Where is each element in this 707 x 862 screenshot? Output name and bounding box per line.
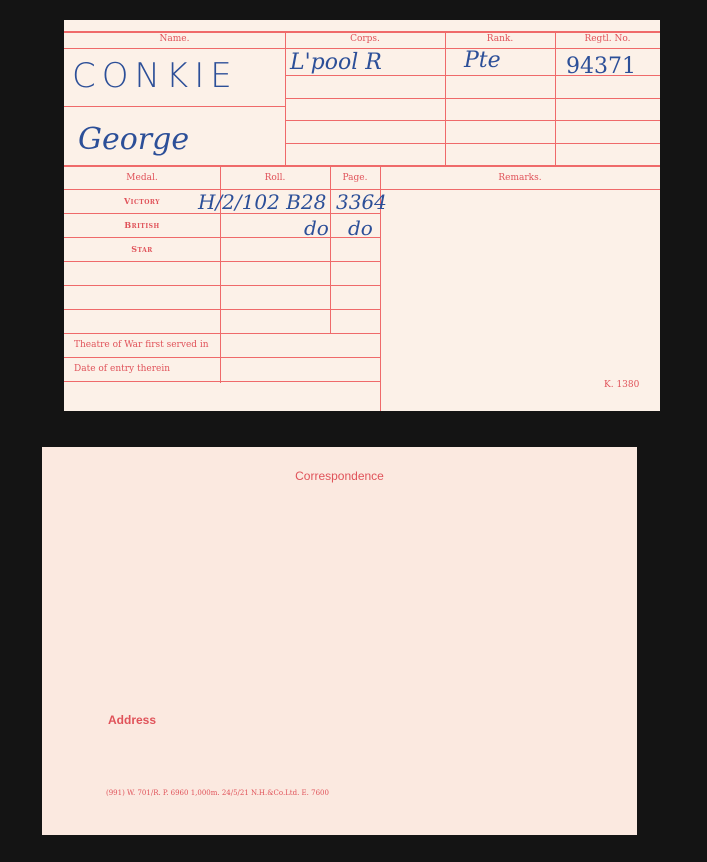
rule-section-divider (64, 165, 660, 167)
handwritten-regtl-no: 94371 (566, 54, 636, 79)
medal-label-star: Star (64, 244, 220, 254)
rule-medal-row (64, 333, 380, 334)
rule-date-row (64, 381, 380, 382)
medal-card-front: Name. Corps. Rank. Regtl. No. CONKIE Geo… (64, 20, 660, 411)
rule-medal-row (64, 261, 380, 262)
rule-row (285, 98, 660, 99)
header-remarks: Remarks. (380, 173, 660, 183)
theatre-label: Theatre of War first served in (74, 340, 209, 350)
medal-label-victory: Victory (64, 196, 220, 206)
medal-card-back: Correspondence Address (991) W. 701/R. P… (42, 447, 637, 835)
rule-header-bottom (64, 48, 660, 49)
rule-medal-row (64, 285, 380, 286)
rule-name-row (64, 106, 285, 107)
handwritten-page-victory: 3364 (336, 190, 387, 214)
handwritten-rank: Pte (464, 48, 501, 73)
header-rank: Rank. (445, 34, 555, 44)
printer-imprint: (991) W. 701/R. P. 6960 1,000m. 24/5/21 … (106, 789, 329, 797)
handwritten-surname: CONKIE (72, 56, 238, 96)
rule-top (64, 31, 660, 33)
medal-label-british: British (64, 220, 220, 230)
rule-medal-row (64, 237, 380, 238)
correspondence-label: Correspondence (42, 469, 637, 483)
header-corps: Corps. (285, 34, 445, 44)
header-page: Page. (330, 173, 380, 183)
handwritten-forename: George (78, 122, 189, 157)
header-regtl-no: Regtl. No. (555, 34, 660, 44)
header-name: Name. (64, 34, 285, 44)
rule-row (285, 143, 660, 144)
handwritten-page-british: do (348, 216, 373, 240)
handwritten-roll-victory: H/2/102 B28 (198, 190, 326, 214)
form-code: K. 1380 (604, 380, 639, 390)
rule-medal-row (64, 309, 380, 310)
handwritten-corps: L'pool R (290, 50, 382, 75)
header-roll: Roll. (220, 173, 330, 183)
rule-row (285, 120, 660, 121)
address-label: Address (108, 713, 156, 727)
header-medal: Medal. (64, 173, 220, 183)
date-entry-label: Date of entry therein (74, 364, 170, 374)
rule-col-page (330, 165, 331, 333)
rule-theatre-row (64, 357, 380, 358)
handwritten-roll-british: do (304, 216, 329, 240)
